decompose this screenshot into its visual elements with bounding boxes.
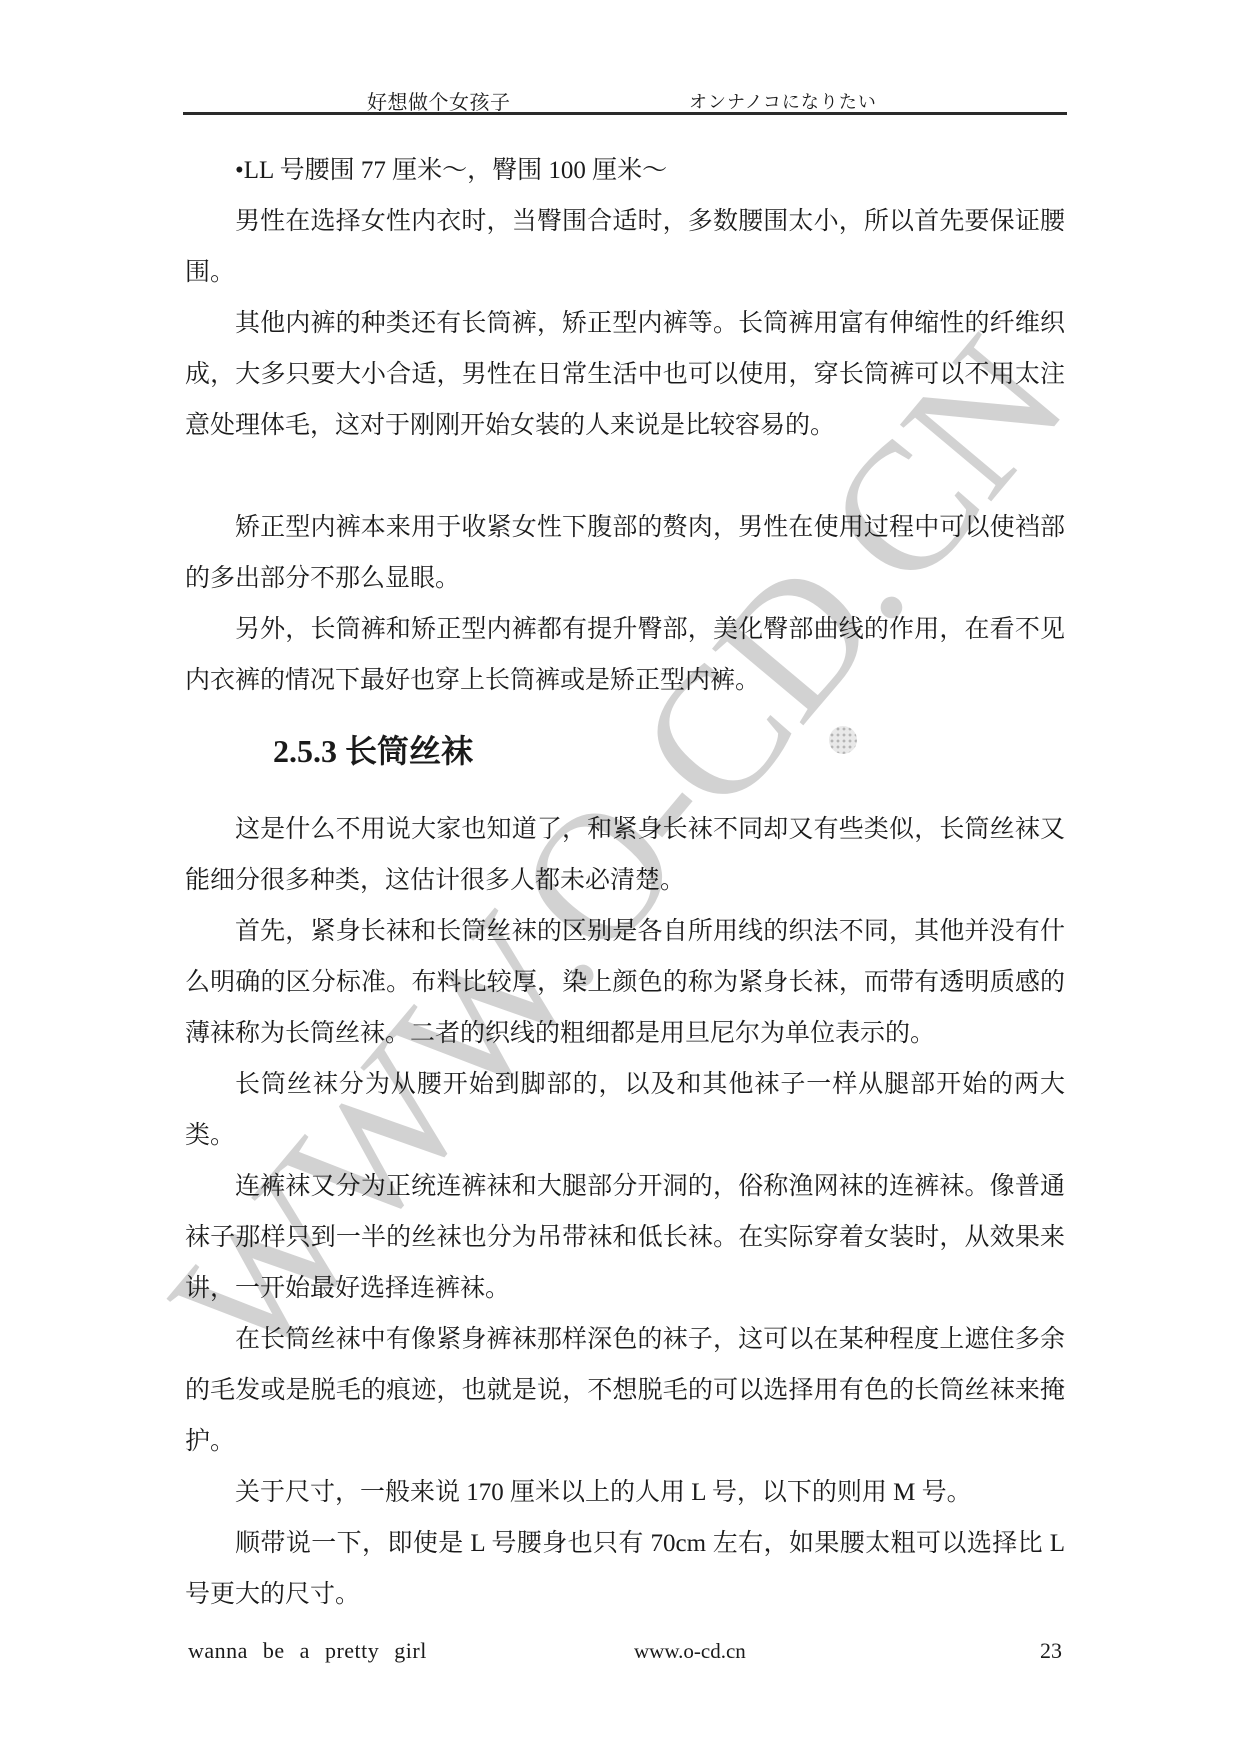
paragraph-girdle: 矫正型内裤本来用于收紧女性下腹部的赘肉，男性在使用过程中可以使裆部的多出部分不那…	[185, 502, 1065, 604]
document-page: WWW.O-CD.CN 好想做个女孩子 オンナノコになりたい •LL 号腰围 7…	[0, 0, 1241, 1755]
header-rule	[183, 112, 1067, 115]
body-text: •LL 号腰围 77 厘米～，臀围 100 厘米～ 男性在选择女性内衣时，当臀围…	[185, 145, 1065, 1620]
paragraph-dark-color: 在长筒丝袜中有像紧身裤袜那样深色的袜子，这可以在某种程度上遮住多余的毛发或是脱毛…	[185, 1314, 1065, 1467]
header-title-japanese: オンナノコになりたい	[689, 88, 877, 114]
paragraph-size: 关于尺寸，一般来说 170 厘米以上的人用 L 号，以下的则用 M 号。	[185, 1467, 1065, 1518]
paragraph-other-types: 其他内裤的种类还有长筒裤，矫正型内裤等。长筒裤用富有伸缩性的纤维织成，大多只要大…	[185, 298, 1065, 451]
bullet-item-ll-size: •LL 号腰围 77 厘米～，臀围 100 厘米～	[185, 145, 1065, 196]
paragraph-intro: 这是什么不用说大家也知道了，和紧身长袜不同却又有些类似，长筒丝袜又能细分很多种类…	[185, 804, 1065, 906]
paragraph-pantyhose: 连裤袜又分为正统连裤袜和大腿部分开洞的，俗称渔网袜的连裤袜。像普通袜子那样只到一…	[185, 1161, 1065, 1314]
footer-website: www.o-cd.cn	[634, 1639, 746, 1664]
paragraph-waist: 男性在选择女性内衣时，当臀围合适时，多数腰围太小，所以首先要保证腰围。	[185, 196, 1065, 298]
section-heading-2-5-3: 2.5.3 长筒丝袜	[273, 726, 1065, 777]
paragraph-difference: 首先，紧身长袜和长筒丝袜的区别是各自所用线的织法不同，其他并没有什么明确的区分标…	[185, 906, 1065, 1059]
footer-slogan: wanna be a pretty girl	[188, 1638, 427, 1664]
paragraph-size-note: 顺带说一下，即使是 L 号腰身也只有 70cm 左右，如果腰太粗可以选择比 L …	[185, 1518, 1065, 1620]
paragraph-two-types: 长筒丝袜分为从腰开始到脚部的，以及和其他袜子一样从腿部开始的两大类。	[185, 1059, 1065, 1161]
paragraph-lift: 另外，长筒裤和矫正型内裤都有提升臀部，美化臀部曲线的作用，在看不见内衣裤的情况下…	[185, 604, 1065, 706]
header-title-chinese: 好想做个女孩子	[367, 86, 511, 115]
footer-page-number: 23	[1040, 1638, 1062, 1664]
